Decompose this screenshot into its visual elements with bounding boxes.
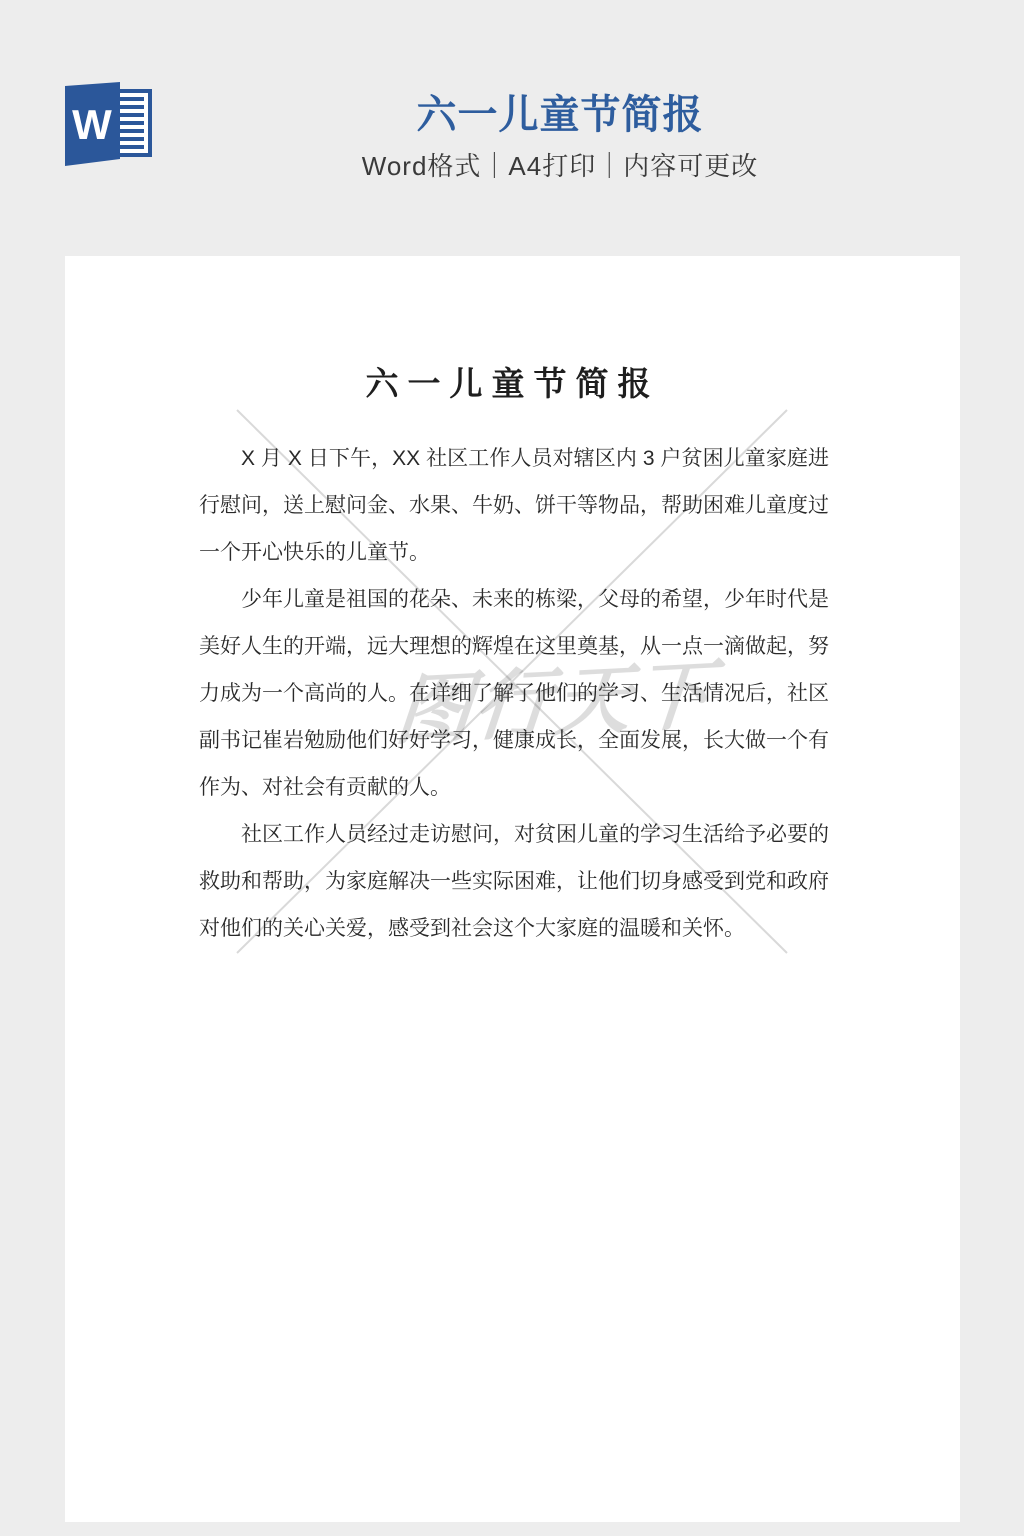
page-title: 六一儿童节简报 bbox=[96, 92, 1024, 138]
template-preview: W 六一儿童节简报 Word格式｜A4打印｜内容可更改 图行天下 六一儿童节简报… bbox=[0, 0, 1024, 1536]
paragraph: 社区工作人员经过走访慰问，对贫困儿童的学习生活给予必要的救助和帮助，为家庭解决一… bbox=[199, 811, 829, 952]
page-subtitle: Word格式｜A4打印｜内容可更改 bbox=[96, 150, 1024, 182]
paragraph: X 月 X 日下午，XX 社区工作人员对辖区内 3 户贫困儿童家庭进行慰问，送上… bbox=[199, 435, 829, 576]
document-body: X 月 X 日下午，XX 社区工作人员对辖区内 3 户贫困儿童家庭进行慰问，送上… bbox=[199, 435, 829, 952]
paragraph: 少年儿童是祖国的花朵、未来的栋梁，父母的希望，少年时代是美好人生的开端，远大理想… bbox=[199, 576, 829, 811]
document-title: 六一儿童节简报 bbox=[65, 364, 960, 404]
document-page: 图行天下 六一儿童节简报 X 月 X 日下午，XX 社区工作人员对辖区内 3 户… bbox=[65, 256, 960, 1522]
